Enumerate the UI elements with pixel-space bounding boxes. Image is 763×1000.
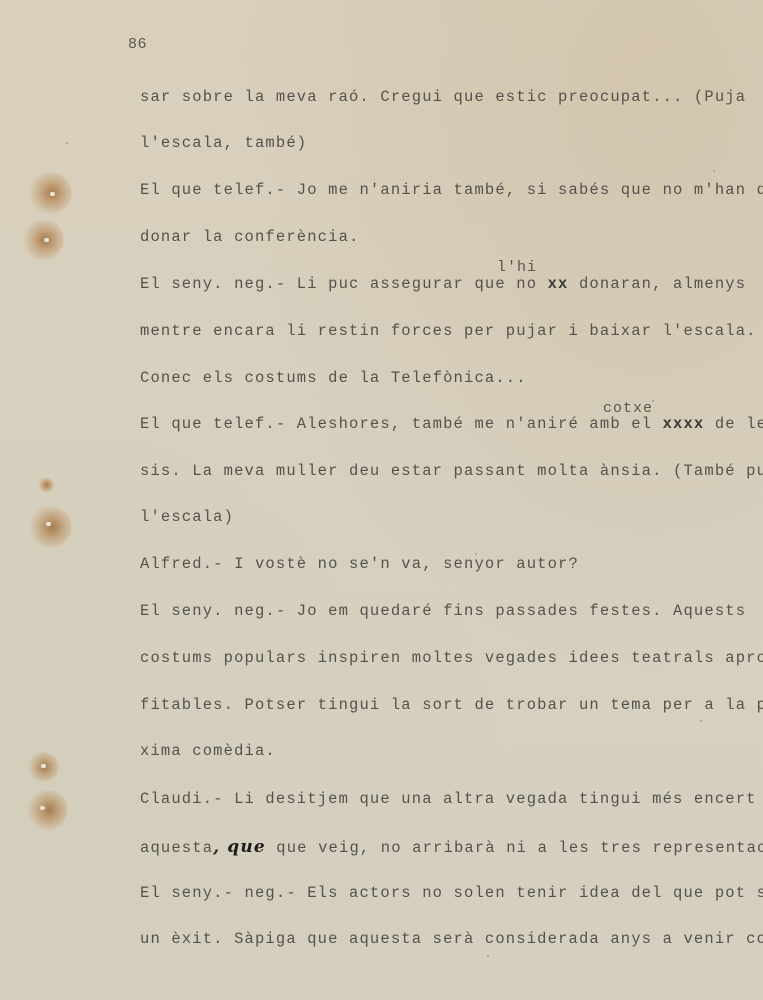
rust-stain [28, 506, 72, 548]
text-line: l'escala, també) [140, 134, 307, 152]
struck-out-text: xx [548, 275, 569, 293]
text-line: El seny. neg.- Jo em quedaré fins passad… [140, 602, 746, 620]
rust-stain [28, 172, 72, 214]
typewritten-page: 86 sar sobre la meva raó. Cregui que est… [0, 0, 763, 1000]
text-line: costums populars inspiren moltes vegades… [140, 649, 763, 667]
text-line: fitables. Potser tingui la sort de troba… [140, 696, 763, 714]
handwritten-annotation: , que [213, 837, 266, 857]
text-line: xima comèdia. [140, 742, 276, 760]
struck-out-text: xxxx [663, 415, 705, 433]
text-line: donar la conferència. [140, 228, 359, 246]
text-line: l'escala) [140, 508, 234, 526]
text-line: Alfred.- I vostè no se'n va, senyor auto… [140, 555, 579, 573]
text-line: El que telef.- Jo me n'aniria també, si … [140, 181, 763, 199]
text-line-with-correction: El seny. neg.- Li puc assegurar que no x… [140, 275, 746, 293]
text-line: El seny.- neg.- Els actors no solen teni… [140, 884, 763, 902]
text-line: un èxit. Sàpiga que aquesta serà conside… [140, 930, 763, 948]
rust-stain [38, 477, 54, 493]
text-segment: que veig, no arribarà ni a les tres repr… [266, 839, 763, 857]
text-segment: El seny. neg.- Li puc assegurar que no [140, 275, 548, 293]
text-segment: El que telef.- Aleshores, també me n'ani… [140, 415, 663, 433]
rust-stain [26, 790, 68, 830]
text-segment: aquesta [140, 839, 213, 857]
text-line: Claudi.- Li desitjem que una altra vegad… [140, 790, 763, 808]
text-segment: donaran, almenys [569, 275, 747, 293]
text-line: mentre encara li restin forces per pujar… [140, 322, 757, 340]
typed-insertion: l'hi [497, 259, 537, 276]
text-line: Conec els costums de la Telefònica... [140, 369, 527, 387]
rust-stain [22, 220, 64, 260]
rust-stain [27, 752, 59, 782]
page-number: 86 [128, 36, 147, 53]
text-line: sar sobre la meva raó. Cregui que estic … [140, 88, 746, 106]
text-segment: de les [704, 415, 763, 433]
text-line-with-handwriting: aquesta, que que veig, no arribarà ni a … [140, 837, 763, 857]
text-line-with-correction: El que telef.- Aleshores, també me n'ani… [140, 415, 763, 433]
text-line: sis. La meva muller deu estar passant mo… [140, 462, 763, 480]
